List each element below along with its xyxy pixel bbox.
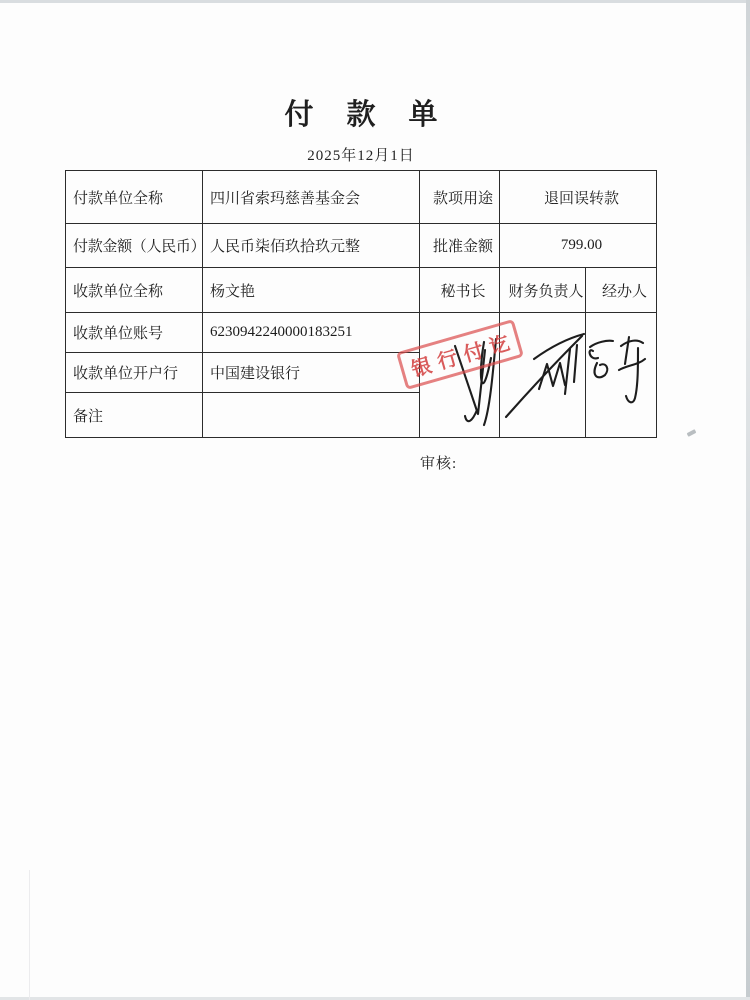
value-payer-name: 四川省索玛慈善基金会 (203, 171, 420, 224)
label-payee-account: 收款单位账号 (66, 313, 203, 353)
header-secretary-general: 秘书长 (420, 268, 500, 313)
value-payee-name: 杨文艳 (203, 268, 420, 313)
document-date: 2025年12月1日 (0, 144, 722, 165)
label-payment-amount: 付款金额（人民币） (66, 224, 203, 268)
scan-edge-top (0, 0, 750, 3)
value-payment-amount-words: 人民币柒佰玖拾玖元整 (203, 224, 420, 268)
label-purpose: 款项用途 (420, 171, 500, 224)
value-purpose: 退回误转款 (500, 171, 657, 224)
label-payer-name: 付款单位全称 (66, 171, 203, 224)
value-payee-bank: 中国建设银行 (203, 353, 420, 393)
review-label: 审核: (420, 452, 457, 473)
value-payee-account: 6230942240000183251 (203, 313, 420, 353)
value-remarks (203, 393, 420, 438)
label-approved-amount: 批准金额 (420, 224, 500, 268)
header-finance-manager: 财务负责人 (500, 268, 586, 313)
table-row: 付款金额（人民币） 人民币柒佰玖拾玖元整 批准金额 799.00 (66, 224, 657, 268)
label-payee-name: 收款单位全称 (66, 268, 203, 313)
table-row: 付款单位全称 四川省索玛慈善基金会 款项用途 退回误转款 (66, 171, 657, 224)
scan-edge-right (746, 0, 750, 1000)
value-approved-amount: 799.00 (500, 224, 657, 268)
scanned-voucher-page: 付款单 2025年12月1日 付款单位全称 四川省索玛慈善基金会 款项用途 退回… (0, 0, 750, 1000)
paper-fold-line (29, 870, 30, 1000)
table-row: 收款单位全称 杨文艳 秘书长 财务负责人 经办人 (66, 268, 657, 313)
label-payee-bank: 收款单位开户行 (66, 353, 203, 393)
label-remarks: 备注 (66, 393, 203, 438)
scan-speck (687, 429, 697, 437)
header-handler: 经办人 (586, 268, 657, 313)
page-title: 付款单 (0, 92, 722, 133)
signature-handler (590, 337, 645, 402)
